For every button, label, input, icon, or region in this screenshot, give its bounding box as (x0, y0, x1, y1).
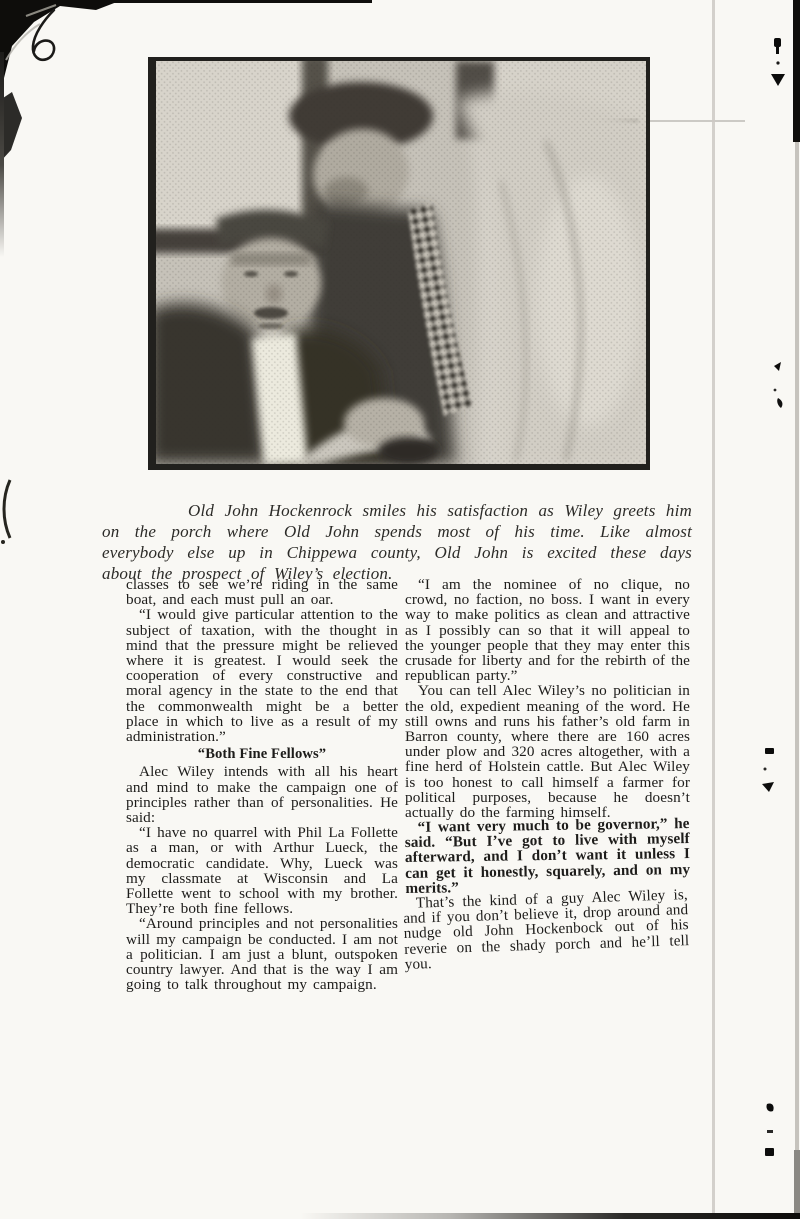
article-paragraph: You can tell Alec Wiley’s no politician … (405, 683, 690, 820)
photo-caption: Old John Hockenrock smiles his satisfact… (102, 500, 692, 584)
scan-line-vertical (712, 0, 715, 1219)
scan-edge-bottom (300, 1213, 800, 1219)
article-columns: classes to see we’re riding in the same … (126, 577, 690, 992)
news-photo-illustration (156, 61, 646, 464)
scan-scratch (650, 120, 745, 122)
scan-mark-curve (0, 476, 18, 548)
news-photo (148, 57, 650, 470)
scan-edge-left (0, 52, 4, 257)
newspaper-page: Old John Hockenrock smiles his satisfact… (0, 0, 800, 1219)
article-paragraph-bold-quote: “I want very much to be governor,” he sa… (404, 816, 690, 896)
halftone-texture (156, 61, 646, 464)
article-column-left: classes to see we’re riding in the same … (126, 577, 398, 992)
ink-mark-group-2 (762, 360, 792, 412)
article-paragraph: “I have no quarrel with Phil La Follette… (126, 825, 398, 916)
article-paragraph: “I am the nominee of no clique, no crowd… (405, 577, 690, 683)
ink-mark-group-4 (756, 1100, 786, 1164)
article-column-right: “I am the nominee of no clique, no crowd… (405, 577, 690, 992)
article-paragraph: Alec Wiley intends with all his heart an… (126, 764, 398, 825)
scan-edge-right (795, 142, 799, 1152)
article-paragraph: classes to see we’re riding in the same … (126, 577, 398, 607)
article-paragraph: “I would give particular attention to th… (126, 607, 398, 744)
ink-mark-group-1 (762, 36, 792, 92)
scan-edge-right-bottom (794, 1150, 800, 1219)
scan-edge-right-top (793, 0, 800, 142)
torn-corner (0, 0, 150, 170)
handwritten-page-number (24, 6, 72, 64)
article-subheading: “Both Fine Fellows” (126, 747, 398, 762)
article-paragraph: “Around principles and not personalities… (126, 916, 398, 992)
ink-mark-group-3 (756, 744, 786, 796)
article-paragraph: That’s the kind of a guy Alec Wiley is, … (403, 887, 690, 972)
